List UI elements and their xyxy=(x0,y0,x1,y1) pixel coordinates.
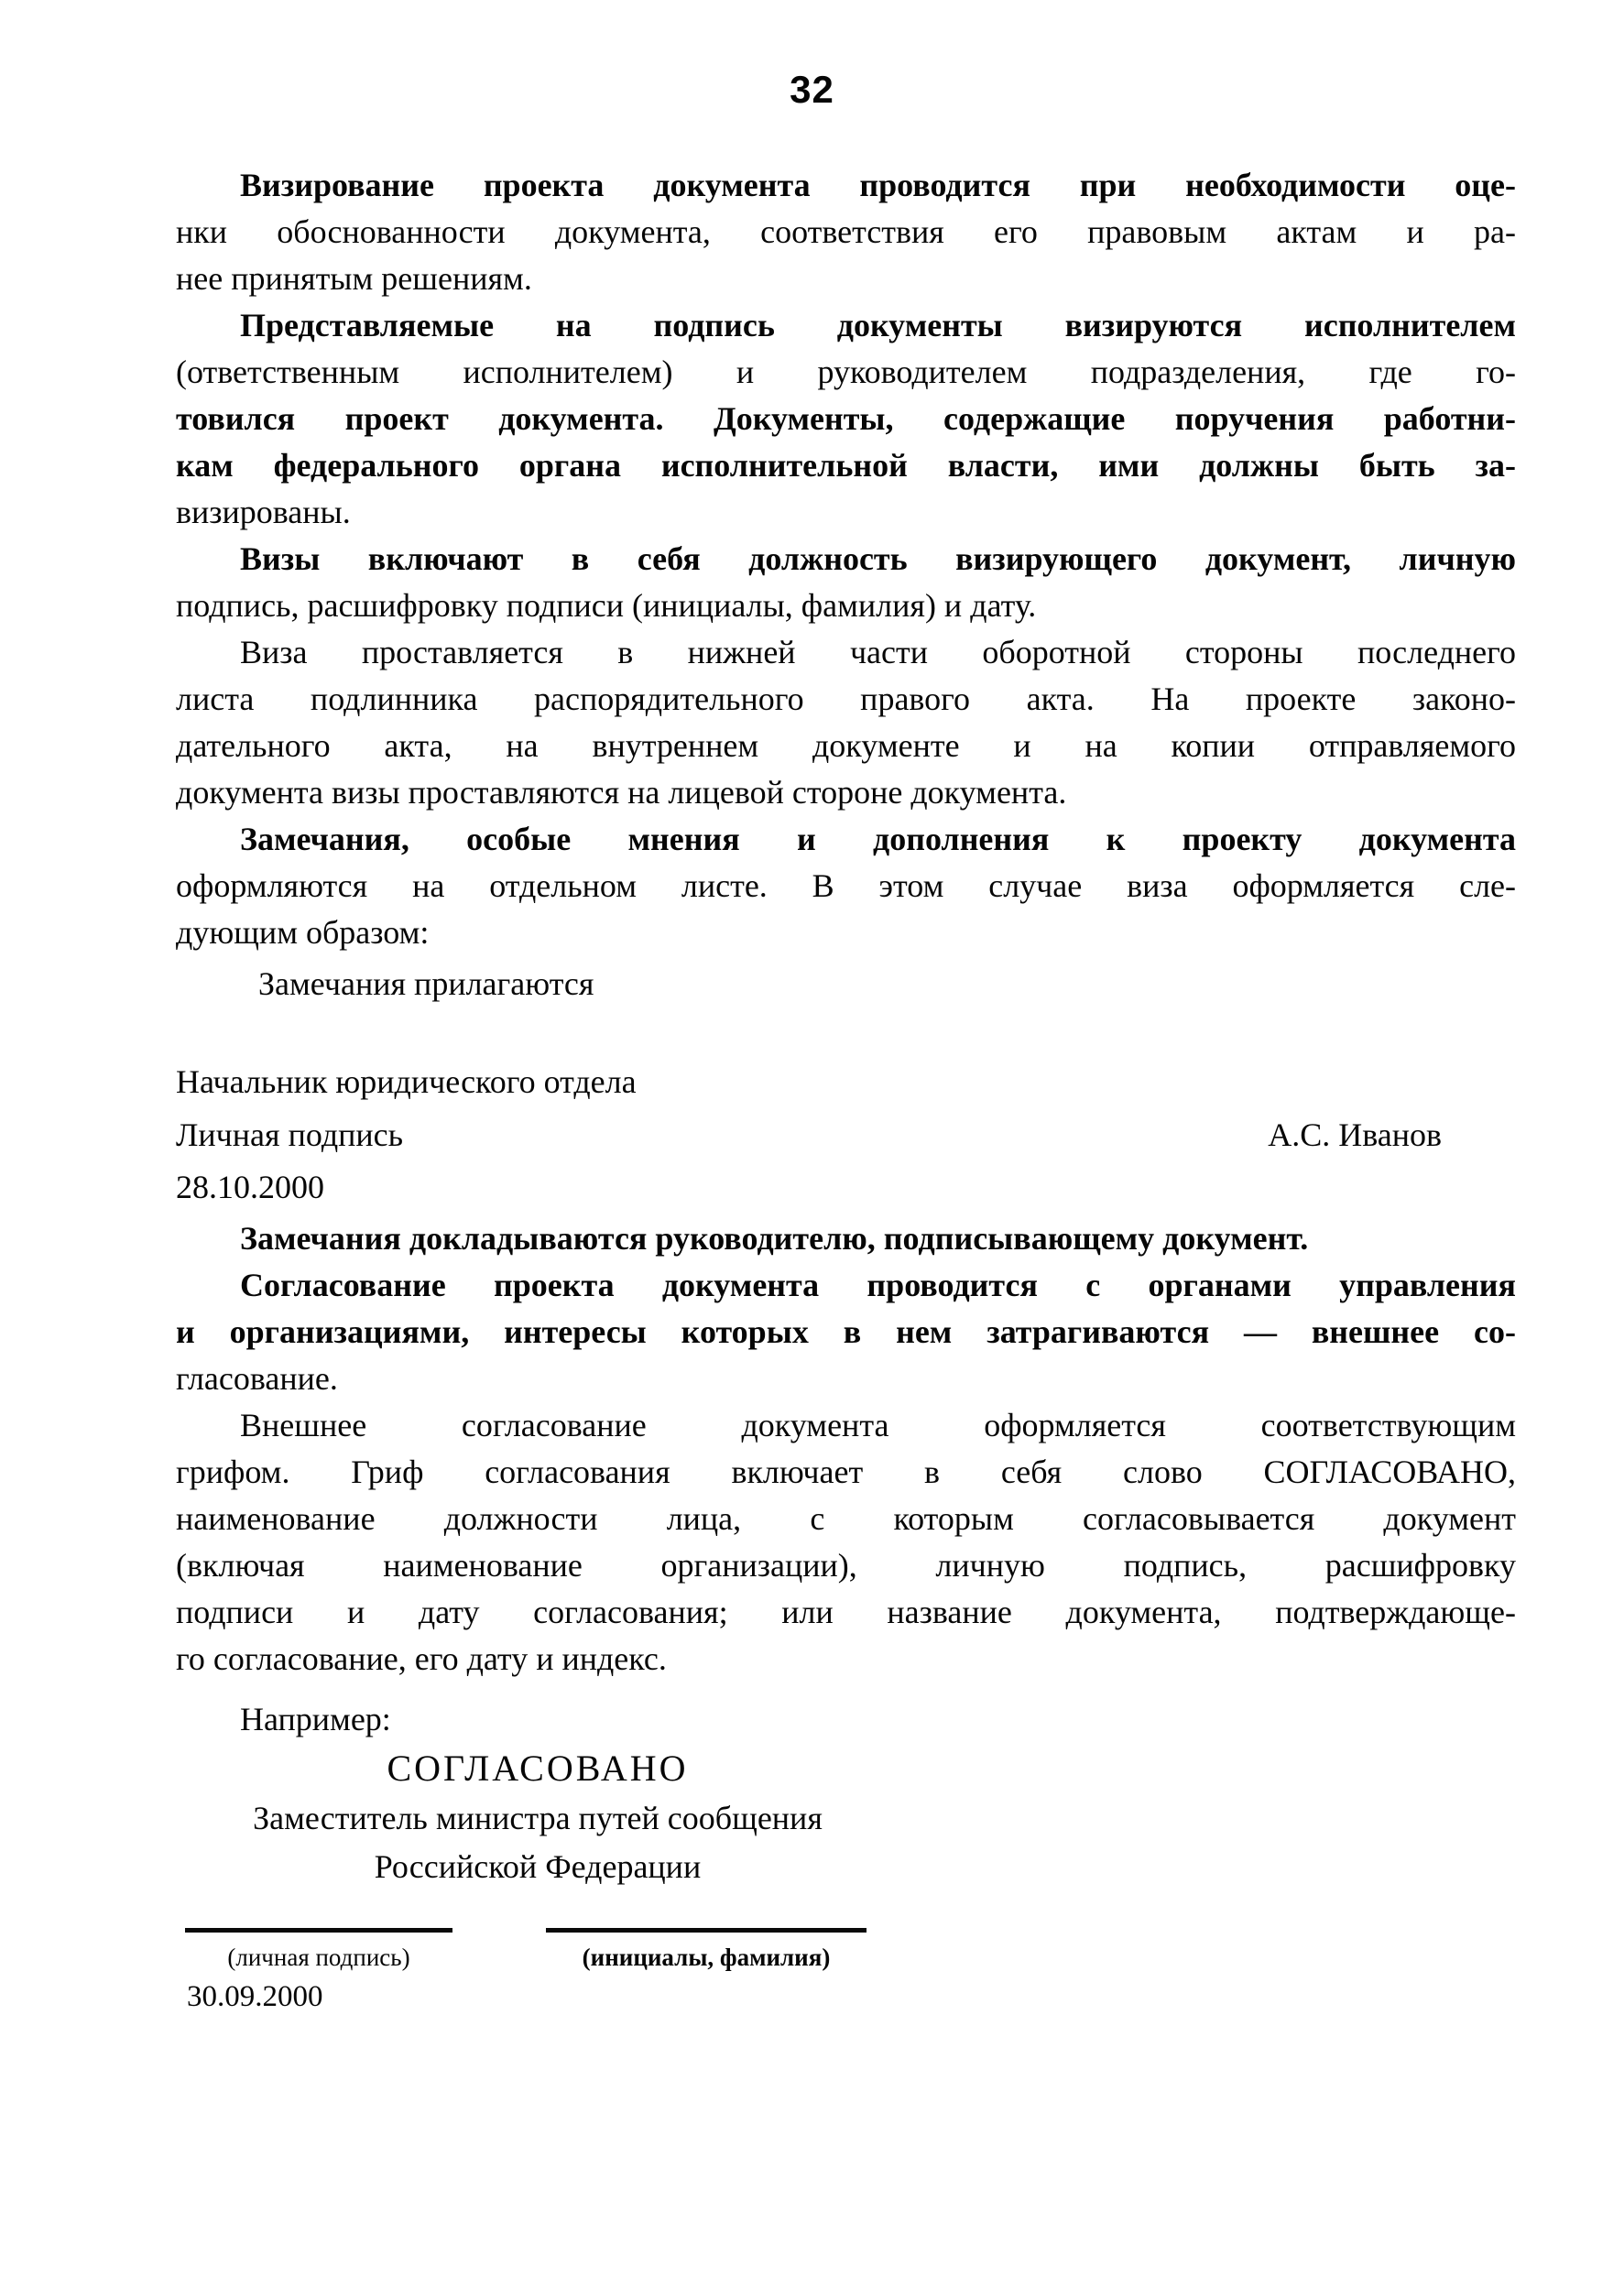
text-line: визированы. xyxy=(176,489,1516,536)
text-line: листа подлинника распорядительного право… xyxy=(176,676,1516,723)
text-line: наименование должности лица, с которым с… xyxy=(176,1496,1516,1542)
text-line: Замечания, особые мнения и дополнения к … xyxy=(176,816,1516,863)
text-line: подписи и дату согласования; или названи… xyxy=(176,1589,1516,1636)
text-line: нее принятым решениям. xyxy=(176,256,1516,302)
text-line: Визирование проекта документа проводится… xyxy=(176,162,1516,209)
text-line: Визы включают в себя должность визирующе… xyxy=(176,536,1516,583)
approval-stamp-block: СОГЛАСОВАНО Заместитель министра путей с… xyxy=(176,1743,899,1891)
text-line: го согласование, его дату и индекс. xyxy=(176,1636,1516,1682)
text-line: Представляемые на подпись документы визи… xyxy=(176,302,1516,349)
example-intro-label: Например: xyxy=(240,1696,391,1743)
text-line: Согласование проекта документа проводитс… xyxy=(176,1262,1516,1309)
visa-remark-line: Замечания прилагаются xyxy=(258,961,594,1007)
body-text-block-1: Визирование проекта документа проводится… xyxy=(176,162,1516,956)
text-line: гласование. xyxy=(176,1356,1516,1402)
name-rule-line xyxy=(546,1928,866,1933)
body-text-block-2: Замечания докладываются руководителю, по… xyxy=(176,1215,1516,1682)
text-line: грифом. Гриф согласования включает в себ… xyxy=(176,1449,1516,1496)
text-line: нки обоснованности документа, соответств… xyxy=(176,209,1516,256)
approver-position-line-1: Заместитель министра путей сообщения xyxy=(176,1794,899,1843)
name-hint-label: (инициалы, фамилия) xyxy=(546,1939,866,1976)
text-line: Внешнее согласование документа оформляет… xyxy=(176,1402,1516,1449)
personal-signature-label: Личная подпись xyxy=(176,1112,403,1159)
signature-hint-label: (личная подпись) xyxy=(185,1939,452,1976)
scanned-document-page: 32 Визирование проекта документа проводи… xyxy=(0,0,1624,2276)
text-line: дующим образом: xyxy=(176,909,1516,956)
text-line: (включая наименование организации), личн… xyxy=(176,1542,1516,1589)
page-number: 32 xyxy=(0,68,1624,112)
signer-name: А.С. Иванов xyxy=(1268,1112,1442,1159)
text-line: Замечания докладываются руководителю, по… xyxy=(176,1215,1516,1262)
approval-date: 30.09.2000 xyxy=(187,1977,323,2017)
text-line: (ответственным исполнителем) и руководит… xyxy=(176,349,1516,396)
approver-position-line-2: Российской Федерации xyxy=(176,1843,899,1891)
text-line: подпись, расшифровку подписи (инициалы, … xyxy=(176,583,1516,629)
approved-stamp-word: СОГЛАСОВАНО xyxy=(176,1743,899,1794)
text-line: документа визы проставляются на лицевой … xyxy=(176,769,1516,816)
text-line: и организациями, интересы которых в нем … xyxy=(176,1309,1516,1356)
text-line: кам федерального органа исполнительной в… xyxy=(176,442,1516,489)
text-line: дательного акта, на внутреннем документе… xyxy=(176,723,1516,769)
signature-rule-line xyxy=(185,1928,452,1933)
text-line: оформляются на отдельном листе. В этом с… xyxy=(176,863,1516,909)
visa-date: 28.10.2000 xyxy=(176,1164,324,1211)
signature-row: Личная подпись А.С. Иванов xyxy=(176,1112,1442,1159)
text-line: товился проект документа. Документы, сод… xyxy=(176,396,1516,442)
signer-position: Начальник юридического отдела xyxy=(176,1059,637,1105)
text-line: Виза проставляется в нижней части оборот… xyxy=(176,629,1516,676)
